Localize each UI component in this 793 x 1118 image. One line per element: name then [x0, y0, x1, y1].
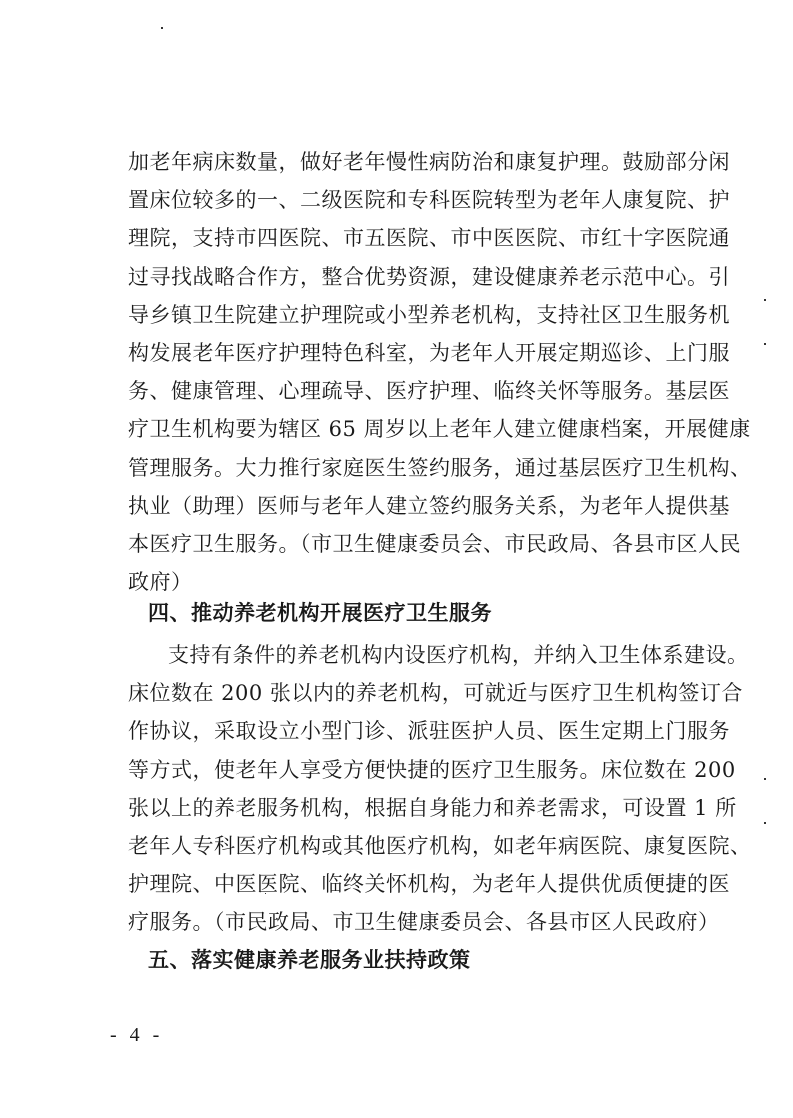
- paragraph-line: 置床位较多的一、二级医院和专科医院转型为老年人康复院、护: [128, 188, 708, 214]
- paragraph-line: 疗服务。（市民政局、市卫生健康委员会、各县市区人民政府）: [128, 910, 708, 936]
- paragraph-line: 本医疗卫生服务。（市卫生健康委员会、市民政局、各县市区人民: [128, 532, 708, 558]
- scan-speck: [764, 822, 766, 824]
- document-page: 加老年病床数量，做好老年慢性病防治和康复护理。鼓励部分闲 置床位较多的一、二级医…: [0, 0, 793, 1118]
- paragraph-line: 导乡镇卫生院建立护理院或小型养老机构，支持社区卫生服务机: [128, 303, 708, 329]
- paragraph-line: 疗卫生机构要为辖区 65 周岁以上老年人建立健康档案，开展健康: [128, 417, 708, 443]
- paragraph-line: 老年人专科医疗机构或其他医疗机构，如老年病医院、康复医院、: [128, 834, 708, 860]
- paragraph-line: 过寻找战略合作方，整合优势资源，建设健康养老示范中心。引: [128, 265, 708, 291]
- scan-speck: [764, 778, 766, 780]
- paragraph-line: 作协议，采取设立小型门诊、派驻医护人员、医生定期上门服务: [128, 719, 708, 745]
- paragraph-line: 床位数在 200 张以内的养老机构，可就近与医疗卫生机构签订合: [128, 681, 708, 707]
- paragraph-line: 执业（助理）医师与老年人建立签约服务关系，为老年人提供基: [128, 494, 708, 520]
- paragraph-line: 务、健康管理、心理疏导、医疗护理、临终关怀等服务。基层医: [128, 379, 708, 405]
- paragraph-line: 护理院、中医医院、临终关怀机构，为老年人提供优质便捷的医: [128, 872, 708, 898]
- paragraph-line: 理院，支持市四医院、市五医院、市中医医院、市红十字医院通: [128, 226, 708, 252]
- paragraph-line: 管理服务。大力推行家庭医生签约服务，通过基层医疗卫生机构、: [128, 456, 708, 482]
- section-heading: 四、推动养老机构开展医疗卫生服务: [148, 601, 492, 625]
- scan-speck: [161, 27, 163, 29]
- scan-speck: [764, 343, 766, 345]
- section-heading: 五、落实健康养老服务业扶持政策: [148, 948, 471, 972]
- scan-speck: [764, 299, 766, 301]
- page-number: - 4 -: [110, 1024, 163, 1047]
- paragraph-line: 构发展老年医疗护理特色科室，为老年人开展定期巡诊、上门服: [128, 341, 708, 367]
- paragraph-line: 政府）: [128, 570, 708, 596]
- paragraph-line: 张以上的养老服务机构，根据自身能力和养老需求，可设置 1 所: [128, 796, 708, 822]
- paragraph-line: 等方式，使老年人享受方便快捷的医疗卫生服务。床位数在 200: [128, 758, 708, 784]
- paragraph-line: 加老年病床数量，做好老年慢性病防治和康复护理。鼓励部分闲: [128, 150, 708, 176]
- paragraph-line: 支持有条件的养老机构内设医疗机构，并纳入卫生体系建设。: [168, 643, 708, 669]
